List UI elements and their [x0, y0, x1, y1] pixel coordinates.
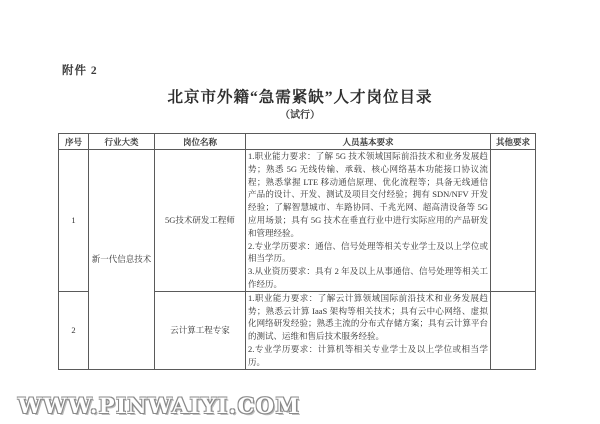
- header-industry-category: 行业大类: [89, 134, 155, 150]
- table-header-row: 序号 行业大类 岗位名称 人员基本要求 其他要求: [59, 134, 536, 150]
- page-title: 北京市外籍“急需紧缺”人才岗位目录: [0, 85, 600, 107]
- header-other-requirements: 其他要求: [491, 134, 536, 150]
- table-row: 1 新一代信息技术 5G技术研发工程师 1.职业能力要求：了解 5G 技术领域国…: [59, 150, 536, 292]
- requirement-paragraph: 2.专业学历要求：计算机等相关专业学士及以上学位或相当学历。: [248, 343, 488, 369]
- header-serial-no: 序号: [59, 134, 89, 150]
- requirement-paragraph: 2.专业学历要求：通信、信号处理等相关专业学士及以上学位或相当学历。: [248, 240, 488, 266]
- header-basic-requirements: 人员基本要求: [246, 134, 491, 150]
- cell-serial-no-1: 1: [59, 150, 89, 292]
- page-subtitle: （试行）: [0, 106, 600, 121]
- attachment-label: 附件 2: [62, 62, 98, 78]
- cell-serial-no-2: 2: [59, 291, 89, 369]
- positions-table: 序号 行业大类 岗位名称 人员基本要求 其他要求 1 新一代信息技术 5G技术研…: [58, 133, 536, 370]
- requirement-paragraph: 1.职业能力要求：了解 5G 技术领域国际前沿技术和业务发展趋势；熟悉 5G 无…: [248, 150, 488, 240]
- header-position-name: 岗位名称: [155, 134, 246, 150]
- cell-basic-requirements-2: 1.职业能力要求：了解云计算领域国际前沿技术和业务发展趋势；熟悉云计算 IaaS…: [246, 291, 491, 369]
- watermark: WWW.PINWAIYI.COM: [18, 393, 300, 418]
- cell-position-name-2: 云计算工程专家: [155, 291, 246, 369]
- cell-basic-requirements-1: 1.职业能力要求：了解 5G 技术领域国际前沿技术和业务发展趋势；熟悉 5G 无…: [246, 150, 491, 292]
- cell-other-requirements-1: [491, 150, 536, 292]
- cell-industry-category: 新一代信息技术: [89, 150, 155, 370]
- cell-position-name-1: 5G技术研发工程师: [155, 150, 246, 292]
- requirement-paragraph: 3.从业资历要求：具有 2 年及以上从事通信、信号处理等相关工作经历。: [248, 265, 488, 291]
- document-page: 附件 2 北京市外籍“急需紧缺”人才岗位目录 （试行） 序号 行业大类 岗位名称…: [0, 0, 600, 424]
- requirement-paragraph: 1.职业能力要求：了解云计算领域国际前沿技术和业务发展趋势；熟悉云计算 IaaS…: [248, 292, 488, 343]
- cell-other-requirements-2: [491, 291, 536, 369]
